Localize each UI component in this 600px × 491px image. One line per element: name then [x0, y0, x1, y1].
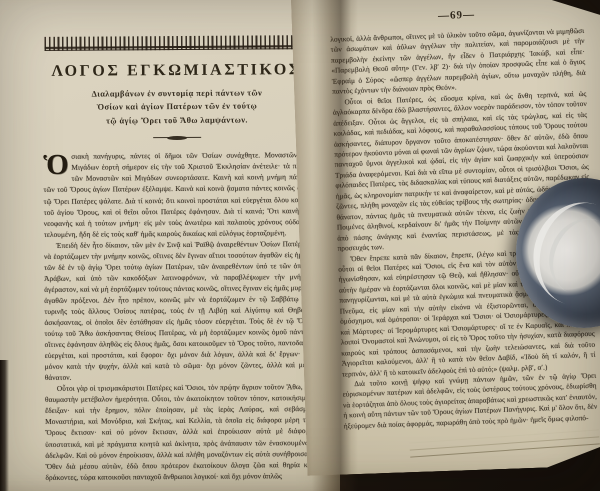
page-subtitle: Διαλαμβάνων ἐν συντομίᾳ περὶ πάντων τῶν …: [43, 86, 311, 128]
left-body-text: Ὁσιακὴ πανήγυρις, πάντες οἱ δῆμοι τῶν Ὁσ…: [43, 149, 313, 482]
page-title: ΛΟΓΟΣ ΕΓΚΩΜΙΑΣΤΙΚΟΣ: [43, 61, 311, 81]
body-paragraph: Οὗτοι γὰρ οἱ τρισμακάριστοι Πατέρες καὶ …: [45, 381, 314, 482]
page-number: —69—: [329, 5, 583, 26]
paragraph-text: σιακὴ πανήγυρις, πάντες οἱ δῆμοι τῶν Ὁσί…: [43, 150, 311, 238]
statuette-frieze-ornament: [44, 35, 308, 51]
dropcap-initial: Ὁ: [43, 153, 67, 177]
left-page: ΛΟΓΟΣ ΕΓΚΩΜΙΑΣΤΙΚΟΣ Διαλαμβάνων ἐν συντο…: [0, 0, 340, 491]
left-page-content: ΛΟΓΟΣ ΕΓΚΩΜΙΑΣΤΙΚΟΣ Διαλαμβάνων ἐν συντο…: [42, 35, 313, 483]
body-paragraph: λογικοί, ἀλλὰ ἄνθρωποι, οἵτινες μὲ τὸ ὑλ…: [330, 26, 586, 98]
book-photo: ΛΟΓΟΣ ΕΓΚΩΜΙΑΣΤΙΚΟΣ Διαλαμβάνων ἐν συντο…: [0, 0, 600, 491]
body-paragraph: Ὁσιακὴ πανήγυρις, πάντες οἱ δῆμοι τῶν Ὁσ…: [43, 149, 312, 239]
body-paragraph: Ἐπειδὴ δὲν ἦτο δίκαιον, τῶν μὲν ἐν Σινᾷ …: [44, 238, 313, 383]
divider-ornament: [153, 134, 201, 141]
body-paragraph: Διὰ τοῦτο κοινῇ ψήφῳ καὶ γνώμῃ πάντων ἡμ…: [342, 371, 598, 432]
